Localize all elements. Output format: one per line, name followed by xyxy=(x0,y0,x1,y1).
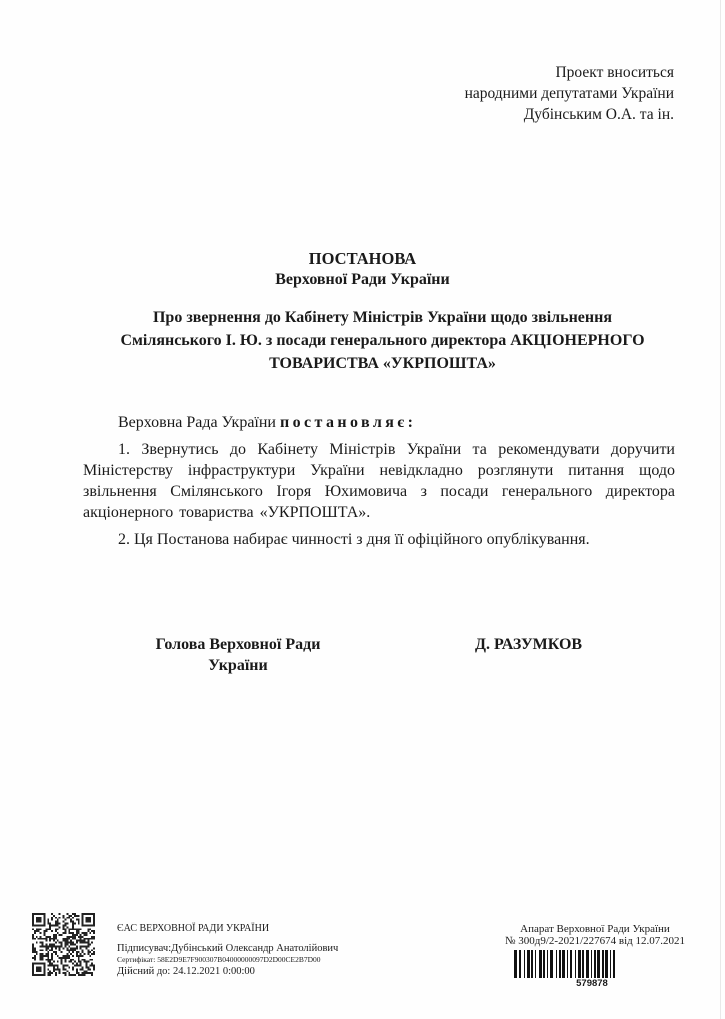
position-line: України xyxy=(143,655,333,676)
qr-code-icon xyxy=(32,913,95,976)
position-line: Голова Верховної Ради xyxy=(143,634,333,655)
barcode-icon xyxy=(514,950,677,978)
submitter-block: Проект вноситься народними депутатами Ук… xyxy=(465,62,674,125)
eds-signer: Підписувач:Дубінський Олександр Анатолій… xyxy=(117,942,338,955)
resolution-item-1: 1. Звернутись до Кабінету Міністрів Укра… xyxy=(83,439,675,523)
submitter-line: Проект вноситься xyxy=(465,62,674,83)
preamble-text: Верховна Рада України xyxy=(118,414,280,431)
eds-certificate: Сертифікат: 58E2D9E7F900307B04000000097D… xyxy=(117,955,338,965)
registration-stamp: Апарат Верховної Ради України № 300д9/2-… xyxy=(480,923,710,989)
barcode-number: 579878 xyxy=(474,978,710,989)
submitter-line: народними депутатами України xyxy=(465,83,674,104)
submitter-line: Дубінським О.А. та ін. xyxy=(465,104,674,125)
document-title: ПОСТАНОВА Верховної Ради України xyxy=(0,248,725,290)
registration-number: № 300д9/2-2021/227674 від 12.07.2021 xyxy=(480,935,710,947)
scan-edge-line xyxy=(720,0,721,1019)
digital-signature-block: ЄАС ВЕРХОВНОЇ РАДИ УКРАЇНИ Підписувач:Ду… xyxy=(117,922,338,978)
resolution-item-2: 2. Ця Постанова набирає чинності з дня ї… xyxy=(83,529,675,550)
eds-system-title: ЄАС ВЕРХОВНОЇ РАДИ УКРАЇНИ xyxy=(117,922,338,935)
registration-office: Апарат Верховної Ради України xyxy=(480,923,710,935)
eds-valid-until: Дійсний до: 24.12.2021 0:00:00 xyxy=(117,965,338,978)
issuing-body: Верховної Ради України xyxy=(0,269,725,290)
preamble-verb: постановляє: xyxy=(280,414,416,431)
subject-line: Смілянського І. Ю. з посади генерального… xyxy=(0,329,725,352)
subject-line: ТОВАРИСТВА «УКРПОШТА» xyxy=(0,352,725,375)
document-type: ПОСТАНОВА xyxy=(0,248,725,269)
preamble: Верховна Рада України постановляє: xyxy=(83,412,675,433)
signatory-position: Голова Верховної Ради України xyxy=(143,634,333,676)
subject-line: Про звернення до Кабінету Міністрів Укра… xyxy=(0,306,725,329)
resolution-body: Верховна Рада України постановляє: 1. Зв… xyxy=(83,412,675,550)
signatory-name: Д. РАЗУМКОВ xyxy=(475,634,582,655)
resolution-subject: Про звернення до Кабінету Міністрів Укра… xyxy=(0,306,725,375)
